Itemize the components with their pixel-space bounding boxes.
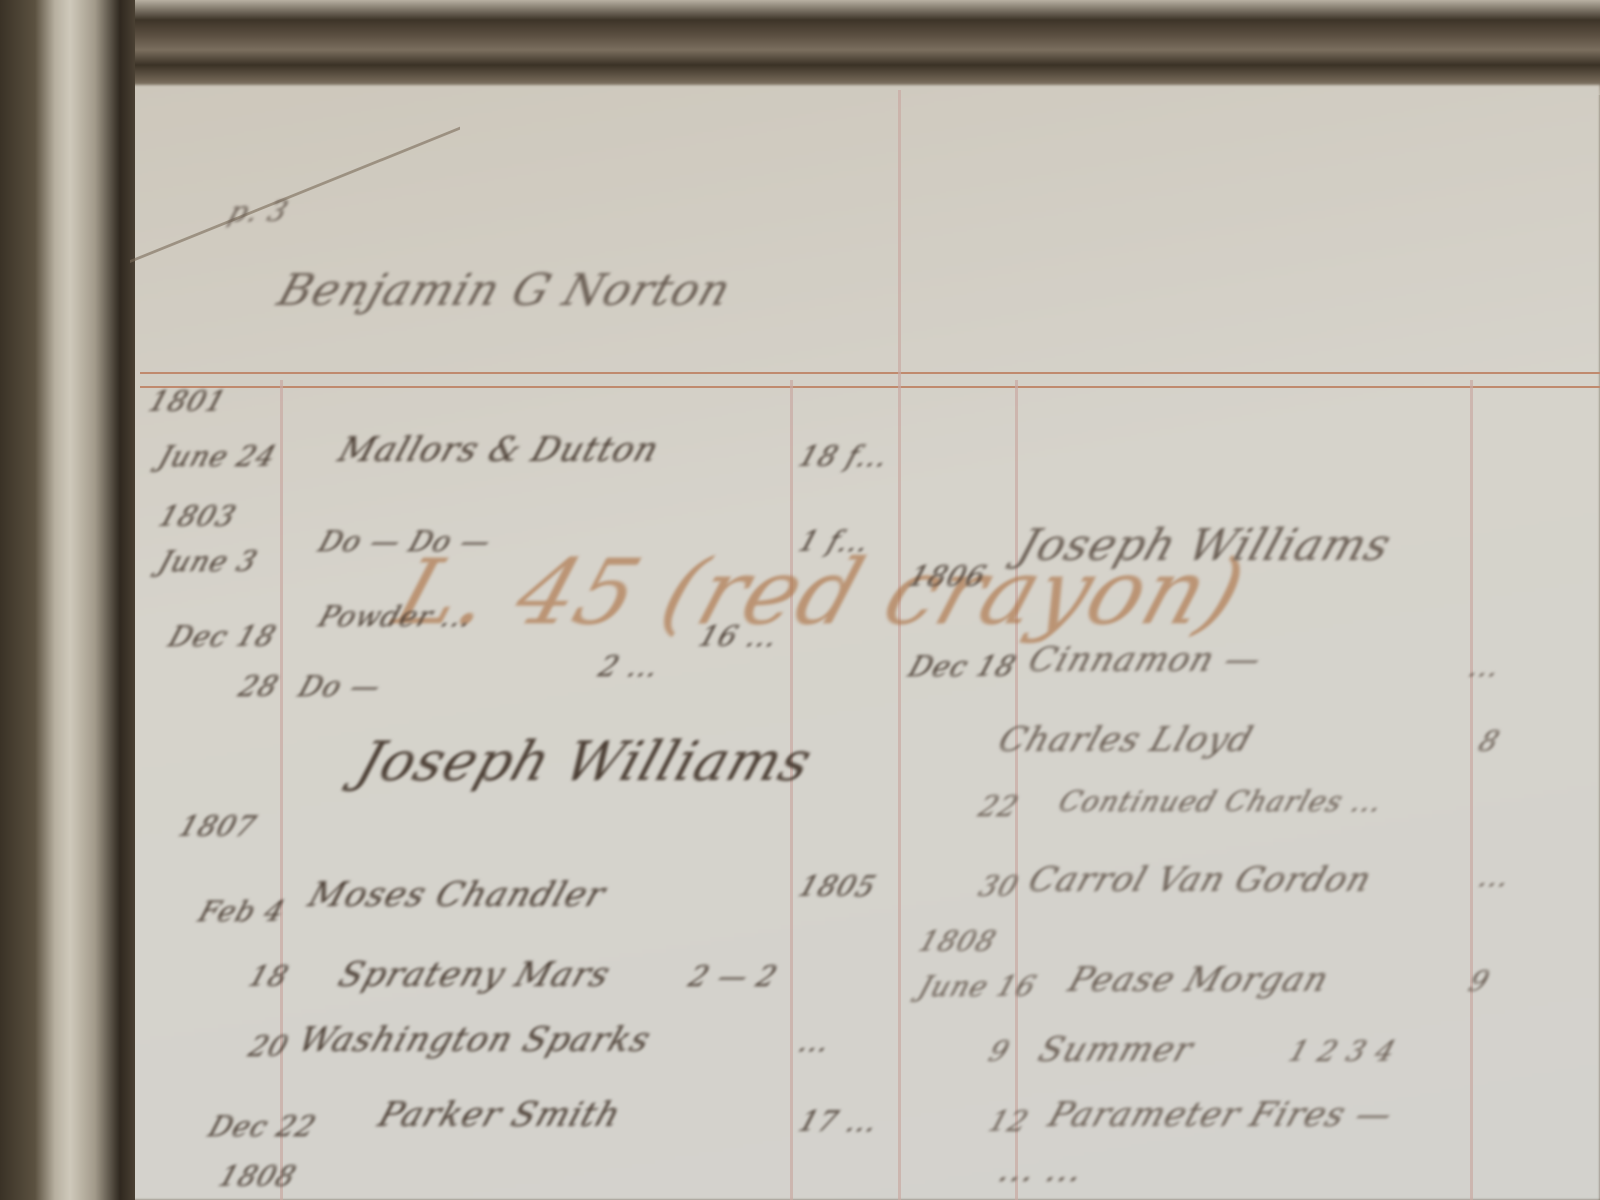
ledger-entry-text: Continued Charles ... [1055,785,1388,818]
ledger-entry-text: Do — [295,670,386,703]
ledger-date: 1803 [155,500,241,533]
page-mark: p. 3 [225,195,293,228]
ledger-date: 1801 [145,385,231,418]
account-name-joseph-williams: Joseph Williams [350,730,821,793]
ledger-amount: 1 2 3 4 [1285,1035,1401,1068]
header-rule-bottom [140,386,1600,388]
ledger-entry-text: Washington Sparks [294,1020,657,1060]
ledger-entry-text: Moses Chandler [304,875,611,915]
ledger-date: Dec 22 [205,1110,321,1143]
ledger-amount: 16 ... [695,620,783,653]
ledger-amount: 1805 [795,870,881,903]
ledger-date: Feb 4 [195,895,290,928]
ledger-entry-text: Parker Smith [374,1095,627,1135]
ledger-date: June 3 [155,545,262,578]
account-name-joseph-williams: Joseph Williams [1012,520,1398,571]
ledger-amount: 2 ... [595,650,664,683]
ledger-binding-spine [0,0,135,1200]
header-rule-top [140,372,1600,374]
ledger-date: 1806 [905,560,991,593]
ledger-entry-text: Mallors & Dutton [334,430,665,470]
ledger-entry-text: Carrol Van Gordon [1024,860,1377,900]
ledger-date: June 16 [915,970,1041,1003]
ledger-amount: 2 — 2 [685,960,782,993]
ledger-entry-text: Powder ... [315,600,478,633]
ledger-amount: 17 ... [795,1105,883,1138]
account-heading: Benjamin G Norton [272,265,738,316]
ledger-entry-text: Parameter Fires — [1044,1095,1398,1135]
ledger-entry-text: Summer [1034,1030,1199,1070]
ledger-amount: 18 f... [795,440,893,473]
date-column-rule-left [280,380,283,1200]
ledger-date: Dec 18 [165,620,281,653]
ledger-date: 1808 [215,1160,301,1193]
ledger-date: 1807 [175,810,261,843]
ledger-date: Dec 18 [905,650,1021,683]
ledger-date: June 24 [155,440,281,473]
ledger-entry-text: ... ... [994,1150,1090,1190]
amount-column-rule-right [1470,380,1473,1200]
ledger-entry-text: Cinnamon — [1024,640,1267,680]
ledger-date: 1808 [915,925,1001,958]
center-rule [898,90,901,1200]
ledger-entry-text: Charles Lloyd [994,720,1259,760]
ledger-entry-text: Pease Morgan [1064,960,1335,1000]
ledger-entry-text: Sprateny Mars [334,955,616,995]
